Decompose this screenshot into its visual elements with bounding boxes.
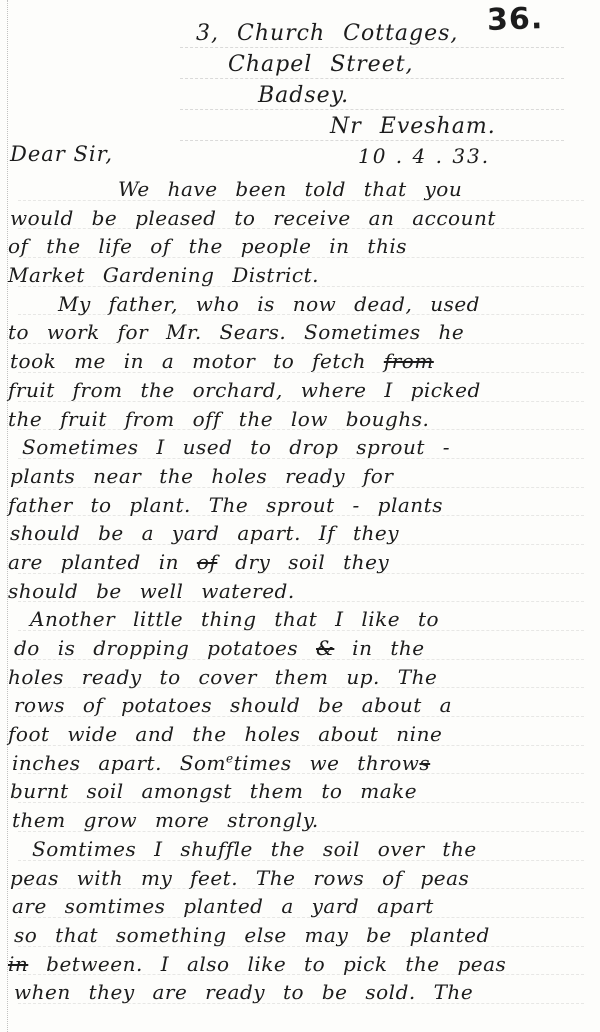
text-segment: should be well watered.: [8, 579, 295, 603]
letter-line: inches apart. Sometimes we throws: [6, 749, 596, 778]
letter-line: holes ready to cover them up. The: [6, 663, 596, 692]
text-segment: rows of potatoes should be about a: [14, 693, 452, 717]
letter-line: father to plant. The sprout - plants: [6, 491, 596, 520]
text-segment: are somtimes planted a yard apart: [12, 894, 434, 918]
text-segment: to work for Mr. Sears. Sometimes he: [8, 320, 464, 344]
text-segment: times we throw: [234, 751, 420, 775]
letter-line: are somtimes planted a yard apart: [6, 892, 596, 921]
letter-line: in between. I also like to pick the peas: [6, 950, 596, 979]
letter-line: Somtimes I shuffle the soil over the: [6, 835, 596, 864]
letter-line: peas with my feet. The rows of peas: [6, 864, 596, 893]
letter-line: rows of potatoes should be about a: [6, 691, 596, 720]
letter-line: so that something else may be planted: [6, 921, 596, 950]
letter-line: fruit from the orchard, where I picked: [6, 376, 596, 405]
text-segment: took me in a motor to fetch: [10, 349, 384, 373]
letter-line: do is dropping potatoes & in the: [6, 634, 596, 663]
letter-line: the fruit from off the low boughs.: [6, 405, 596, 434]
address-line: Chapel Street,: [0, 49, 600, 80]
text-segment: Somtimes I shuffle the soil over the: [32, 837, 477, 861]
text-segment: peas with my feet. The rows of peas: [10, 866, 469, 890]
text-segment: are planted in: [8, 550, 197, 574]
text-segment: Sometimes I used to drop sprout -: [22, 435, 450, 459]
letter-date: 10 . 4 . 33.: [358, 144, 490, 168]
text-segment: them grow more strongly.: [12, 808, 319, 832]
text-segment: inches apart. Som: [12, 751, 226, 775]
address-line: 3, Church Cottages,: [0, 18, 600, 49]
text-segment: so that something else may be planted: [14, 923, 490, 947]
salutation: Dear Sir,: [10, 142, 113, 166]
text-segment: of the life of the people in this: [8, 234, 407, 258]
letter-line: took me in a motor to fetch from: [6, 347, 596, 376]
text-segment: Another little thing that I like to: [30, 607, 439, 631]
struck-word: &: [316, 636, 334, 660]
scanned-letter-page: 36. 3, Church Cottages, Chapel Street, B…: [0, 0, 600, 1032]
text-segment: the fruit from off the low boughs.: [8, 407, 429, 431]
inserted-letter: e: [226, 751, 234, 765]
letter-line: Market Gardening District.: [6, 261, 596, 290]
address-block: 3, Church Cottages, Chapel Street, Badse…: [0, 18, 600, 142]
letter-line: are planted in of dry soil they: [6, 548, 596, 577]
address-line: Nr Evesham.: [0, 111, 600, 142]
text-segment: when they are ready to be sold. The: [14, 980, 473, 1004]
letter-line: when they are ready to be sold. The: [6, 978, 596, 1007]
letter-line: them grow more strongly.: [6, 806, 596, 835]
letter-line: We have been told that you: [6, 175, 596, 204]
text-segment: We have been told that you: [118, 177, 462, 201]
text-segment: in the: [334, 636, 424, 660]
address-line: Badsey.: [0, 80, 600, 111]
letter-line: should be a yard apart. If they: [6, 519, 596, 548]
letter-line: Sometimes I used to drop sprout -: [6, 433, 596, 462]
struck-word: from: [384, 349, 434, 373]
text-segment: foot wide and the holes about nine: [8, 722, 442, 746]
text-segment: plants near the holes ready for: [10, 464, 393, 488]
letter-line: Another little thing that I like to: [6, 605, 596, 634]
letter-line: plants near the holes ready for: [6, 462, 596, 491]
text-segment: should be a yard apart. If they: [10, 521, 399, 545]
letter-body: We have been told that youwould be pleas…: [6, 175, 596, 1007]
letter-line: burnt soil amongst them to make: [6, 777, 596, 806]
letter-line: foot wide and the holes about nine: [6, 720, 596, 749]
struck-word: s: [419, 751, 430, 775]
text-segment: Market Gardening District.: [8, 263, 319, 287]
struck-word: of: [197, 550, 217, 574]
letter-line: to work for Mr. Sears. Sometimes he: [6, 318, 596, 347]
text-segment: burnt soil amongst them to make: [10, 779, 417, 803]
struck-word: in: [8, 952, 28, 976]
text-segment: My father, who is now dead, used: [58, 292, 480, 316]
letter-line: My father, who is now dead, used: [6, 290, 596, 319]
text-segment: holes ready to cover them up. The: [8, 665, 437, 689]
letter-line: would be pleased to receive an account: [6, 204, 596, 233]
text-segment: fruit from the orchard, where I picked: [8, 378, 481, 402]
text-segment: father to plant. The sprout - plants: [8, 493, 443, 517]
letter-line: of the life of the people in this: [6, 232, 596, 261]
text-segment: dry soil they: [217, 550, 389, 574]
text-segment: do is dropping potatoes: [14, 636, 316, 660]
salutation-row: Dear Sir, 10 . 4 . 33.: [10, 142, 600, 172]
text-segment: would be pleased to receive an account: [10, 206, 496, 230]
text-segment: between. I also like to pick the peas: [28, 952, 506, 976]
letter-line: should be well watered.: [6, 577, 596, 606]
